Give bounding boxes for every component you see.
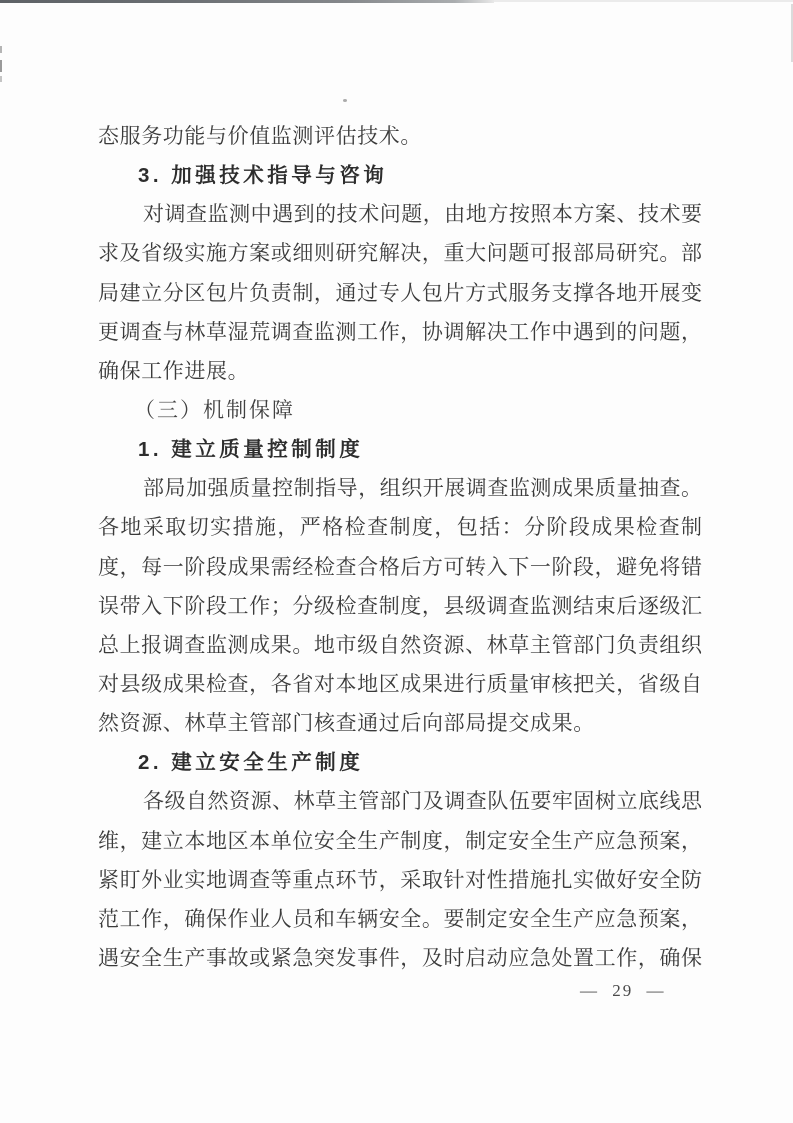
document-body: 态服务功能与价值监测评估技术。3. 加强技术指导与咨询对调查监测中遇到的技术问题… bbox=[98, 117, 702, 978]
document-page: 态服务功能与价值监测评估技术。3. 加强技术指导与咨询对调查监测中遇到的技术问题… bbox=[0, 0, 793, 1123]
scan-artifact-speck bbox=[343, 99, 347, 102]
text-line: 2. 建立安全生产制度 bbox=[98, 743, 702, 782]
page-number: — 29 — bbox=[580, 979, 666, 1003]
text-line: 误带入下阶段工作；分级检查制度，县级调查监测结束后逐级汇 bbox=[98, 587, 702, 626]
text-line: 各地采取切实措施，严格检查制度，包括：分阶段成果检查制 bbox=[98, 508, 702, 547]
text-line: 局建立分区包片负责制，通过专人包片方式服务支撑各地开展变 bbox=[98, 274, 702, 313]
text-line: 对调查监测中遇到的技术问题，由地方按照本方案、技术要 bbox=[98, 195, 702, 234]
text-line: 部局加强质量控制指导，组织开展调查监测成果质量抽查。 bbox=[98, 469, 702, 508]
text-line: 3. 加强技术指导与咨询 bbox=[98, 156, 702, 195]
text-line: 各级自然资源、林草主管部门及调查队伍要牢固树立底线思 bbox=[98, 782, 702, 821]
text-line: 范工作，确保作业人员和车辆安全。要制定安全生产应急预案， bbox=[98, 900, 702, 939]
scan-artifact-left-mark bbox=[0, 76, 2, 82]
text-line: 对县级成果检查，各省对本地区成果进行质量审核把关，省级自 bbox=[98, 665, 702, 704]
text-line: 1. 建立质量控制制度 bbox=[98, 430, 702, 469]
text-line: 确保工作进展。 bbox=[98, 352, 702, 391]
text-line: 维，建立本地区本单位安全生产制度，制定安全生产应急预案， bbox=[98, 822, 702, 861]
text-line: 遇安全生产事故或紧急突发事件，及时启动应急处置工作，确保 bbox=[98, 939, 702, 978]
scan-artifact-top-edge-dark bbox=[0, 0, 494, 3]
scan-artifact-left-mark bbox=[0, 60, 2, 72]
scan-artifact-left-mark bbox=[0, 46, 2, 53]
text-line: 紧盯外业实地调查等重点环节，采取针对性措施扎实做好安全防 bbox=[98, 861, 702, 900]
text-line: （三）机制保障 bbox=[98, 391, 702, 430]
text-line: 然资源、林草主管部门核查通过后向部局提交成果。 bbox=[98, 704, 702, 743]
text-line: 总上报调查监测成果。地市级自然资源、林草主管部门负责组织 bbox=[98, 626, 702, 665]
text-line: 度，每一阶段成果需经检查合格后方可转入下一阶段，避免将错 bbox=[98, 548, 702, 587]
text-line: 更调查与林草湿荒调查监测工作，协调解决工作中遇到的问题， bbox=[98, 313, 702, 352]
text-line: 态服务功能与价值监测评估技术。 bbox=[98, 117, 702, 156]
text-line: 求及省级实施方案或细则研究解决，重大问题可报部局研究。部 bbox=[98, 234, 702, 273]
